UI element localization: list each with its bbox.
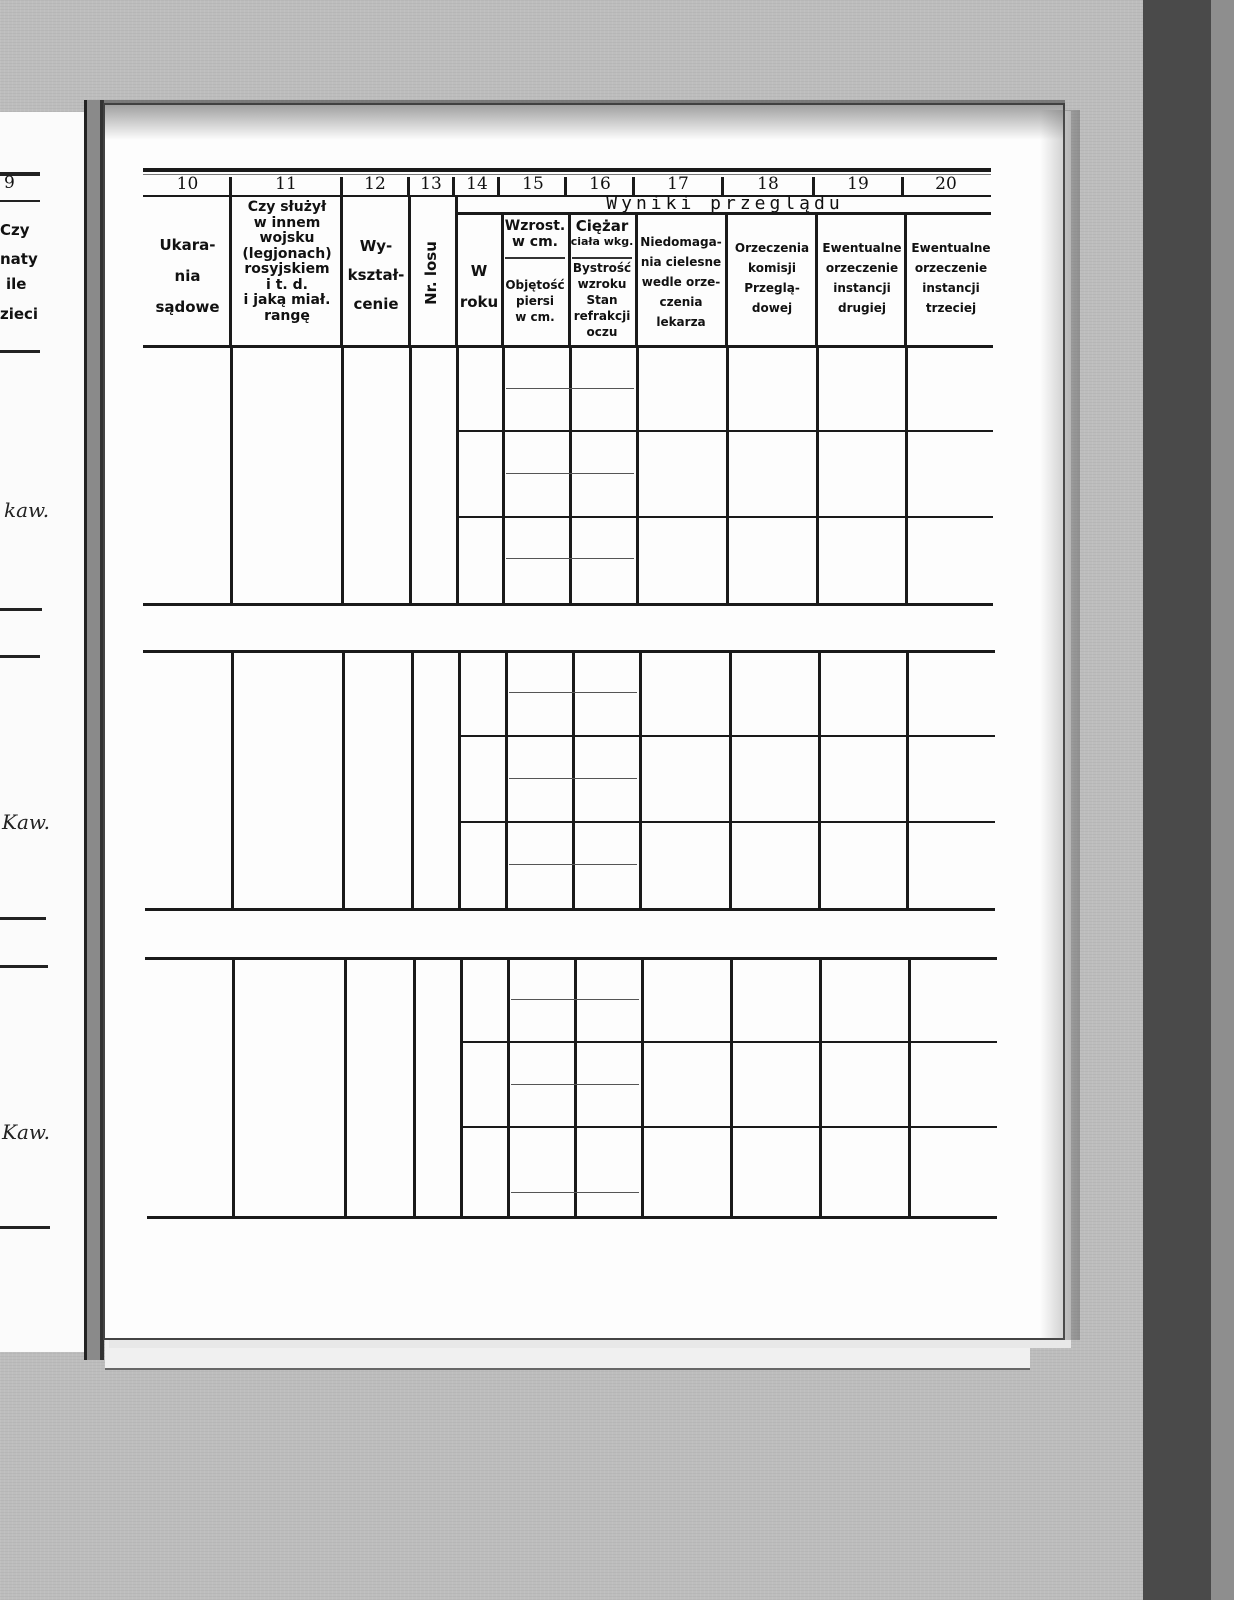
col-rule	[905, 348, 908, 605]
col-rule	[505, 653, 508, 910]
header-col-rule	[408, 195, 411, 348]
column-number-11: 11	[230, 174, 342, 194]
col-rule	[908, 960, 911, 1218]
subrow-rule	[460, 821, 995, 823]
header-col-20: Ewentualne orzeczenie instancji trzeciej	[906, 238, 996, 318]
header-col-15-bottom: Objętość piersi w cm.	[502, 277, 568, 325]
subrow-rule	[462, 1126, 997, 1128]
header-col-rule	[455, 195, 458, 348]
column-number-13: 13	[408, 174, 454, 194]
col-rule	[409, 348, 412, 605]
page-underlayer	[105, 1340, 1030, 1370]
half-rule	[511, 1192, 639, 1193]
scanner-dark-band	[1143, 0, 1211, 1600]
col-rule	[569, 348, 572, 605]
header-col-rule	[815, 215, 818, 348]
group-header-wyniki-przegladu: Wyniki przeglądu	[460, 193, 990, 214]
col-rule	[344, 960, 347, 1218]
column-number-12: 12	[342, 174, 408, 194]
header-col-16-bottom: Bystrość wzroku Stan refrakcji oczu	[569, 260, 635, 340]
num-sep	[340, 177, 343, 195]
block-bottom-rule	[145, 908, 995, 911]
block-top-rule	[145, 957, 997, 960]
left-rule	[0, 965, 48, 968]
header-col-11: Czy służył w innem wojsku (legjonach) ro…	[232, 200, 342, 324]
col-rule	[456, 348, 459, 605]
header-col-16-top: Ciężar ciała wkg.	[569, 219, 635, 249]
column-number-14: 14	[454, 174, 500, 194]
header-col-17: Niedomaga- nia cielesne wedle orze- czen…	[636, 232, 726, 332]
left-header-line-4: zieci	[0, 300, 40, 329]
block-bottom-rule	[147, 1216, 997, 1219]
col-rule	[341, 348, 344, 605]
book-spine	[84, 100, 104, 1360]
block-bottom-rule	[143, 603, 993, 606]
subrow-rule	[462, 1041, 997, 1043]
col-rule	[230, 348, 233, 605]
handwritten-entry-2: Kaw.	[2, 810, 50, 834]
header-col-13: Nr. losu	[422, 237, 440, 309]
page-edge-shadow	[1040, 110, 1080, 1340]
header-col-rule	[568, 215, 571, 348]
col-rule	[729, 653, 732, 910]
left-rule	[0, 1226, 50, 1229]
group-header-rule	[457, 212, 991, 215]
header-col-14: W roku	[457, 256, 501, 318]
header-col-rule	[340, 195, 343, 348]
subrow-rule	[460, 735, 995, 737]
top-rule	[143, 168, 991, 172]
col-rule	[411, 653, 414, 910]
col-15-divider	[505, 257, 565, 259]
column-number-10: 10	[145, 174, 230, 194]
column-number-18: 18	[722, 174, 814, 194]
header-col-rule	[725, 215, 728, 348]
header-col-15-top: Wzrost. w cm.	[502, 218, 568, 250]
header-bottom-rule	[143, 345, 993, 348]
col-rule	[730, 960, 733, 1218]
num-sep	[452, 177, 455, 195]
page-stain	[103, 100, 1065, 140]
header-col-19: Ewentualne orzeczenie instancji drugiej	[817, 238, 907, 318]
half-rule	[506, 388, 634, 389]
col-rule	[819, 960, 822, 1218]
col-rule	[231, 653, 234, 910]
scanner-edge	[1211, 0, 1234, 1600]
column-number-20: 20	[902, 174, 990, 194]
num-sep	[407, 177, 410, 195]
half-rule	[509, 692, 637, 693]
col-rule	[816, 348, 819, 605]
col-rule	[507, 960, 510, 1218]
subrow-rule	[458, 430, 993, 432]
left-rule	[0, 608, 42, 611]
left-rule	[0, 200, 40, 202]
col-rule	[458, 653, 461, 910]
left-rule	[0, 917, 46, 920]
left-header-line-3: ile	[0, 270, 46, 299]
column-number-19: 19	[814, 174, 902, 194]
col-rule	[641, 960, 644, 1218]
half-rule	[509, 778, 637, 779]
col-rule	[502, 348, 505, 605]
col-rule	[906, 653, 909, 910]
col-rule	[460, 960, 463, 1218]
col-rule	[342, 653, 345, 910]
half-rule	[511, 999, 639, 1000]
half-rule	[506, 473, 634, 474]
col-rule	[818, 653, 821, 910]
left-header-line-1: Czy	[0, 216, 40, 245]
header-col-12: Wy- kształ- cenie	[343, 232, 409, 319]
col-rule	[232, 960, 235, 1218]
col-rule	[639, 653, 642, 910]
col-rule	[413, 960, 416, 1218]
header-col-rule	[501, 215, 504, 348]
subrow-rule	[458, 516, 993, 518]
handwritten-entry-1: kaw.	[4, 498, 49, 522]
header-col-rule	[635, 215, 638, 348]
column-number-15: 15	[500, 174, 566, 194]
left-rule	[0, 655, 40, 658]
header-col-rule	[904, 215, 907, 348]
handwritten-entry-3: Kaw.	[2, 1120, 50, 1144]
header-col-10: Ukara- nia sądowe	[145, 230, 230, 323]
column-number-17: 17	[634, 174, 722, 194]
half-rule	[511, 1084, 639, 1085]
left-column-number: 9	[4, 173, 15, 193]
half-rule	[509, 864, 637, 865]
col-rule	[726, 348, 729, 605]
column-number-16: 16	[566, 174, 634, 194]
col-rule	[636, 348, 639, 605]
block-top-rule	[143, 650, 995, 653]
header-col-18: Orzeczenia komisji Przeglą- dowej	[727, 238, 817, 318]
half-rule	[506, 558, 634, 559]
col-16-divider	[572, 257, 632, 259]
header-col-rule	[229, 178, 232, 348]
left-rule	[0, 350, 40, 353]
